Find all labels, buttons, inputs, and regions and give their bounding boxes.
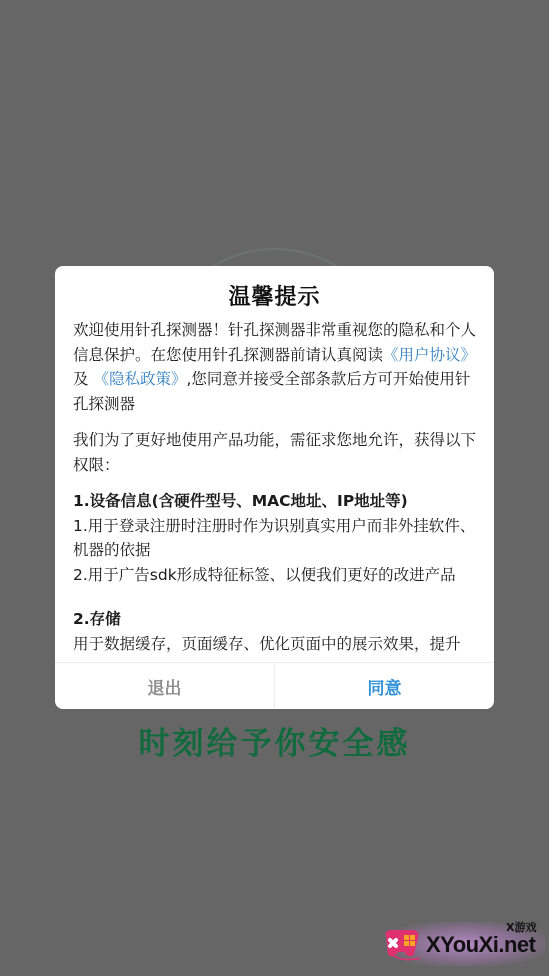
section-line: 用于数据缓存，页面缓存、优化页面中的展示效果，提升 [73, 632, 480, 657]
section-line: 1.用于登录注册时注册时作为识别真实用户而非外挂软件、机器的依据 [73, 514, 480, 563]
permission-section-device: 1.设备信息(含硬件型号、MAC地址、IP地址等) 1.用于登录注册时注册时作为… [73, 489, 480, 587]
app-slogan: 时刻给予你安全感 [0, 718, 549, 763]
user-agreement-link[interactable]: 《用户协议》 [383, 346, 476, 364]
dialog-title: 温馨提示 [55, 280, 494, 311]
agree-button[interactable]: 同意 [275, 663, 494, 709]
dialog-body-scroll[interactable]: 欢迎使用针孔探测器！针孔探测器非常重视您的隐私和个人信息保护。在您使用针孔探测器… [73, 318, 480, 658]
permission-section-storage: 2.存储 用于数据缓存，页面缓存、优化页面中的展示效果，提升 [73, 607, 480, 656]
section-line: 2.用于广告sdk形成特征标签、以便我们更好的改进产品 [73, 563, 480, 588]
dialog-footer: 退出 同意 [55, 662, 494, 709]
watermark-brand: XYouXi.net [426, 932, 536, 958]
section-heading: 1.设备信息(含硬件型号、MAC地址、IP地址等) [73, 489, 480, 514]
privacy-dialog: 温馨提示 欢迎使用针孔探测器！针孔探测器非常重视您的隐私和个人信息保护。在您使用… [55, 266, 494, 709]
permissions-intro: 我们为了更好地使用产品功能，需征求您地允许，获得以下权限： [73, 428, 480, 477]
privacy-policy-link[interactable]: 《隐私政策》 [93, 370, 186, 388]
section-heading: 2.存储 [73, 607, 480, 632]
gamepad-icon [380, 926, 424, 962]
watermark-logo: X游戏 XYouXi.net [376, 914, 546, 972]
exit-button[interactable]: 退出 [55, 663, 275, 709]
intro-paragraph: 欢迎使用针孔探测器！针孔探测器非常重视您的隐私和个人信息保护。在您使用针孔探测器… [73, 318, 480, 416]
and-text: 及 [73, 370, 89, 388]
